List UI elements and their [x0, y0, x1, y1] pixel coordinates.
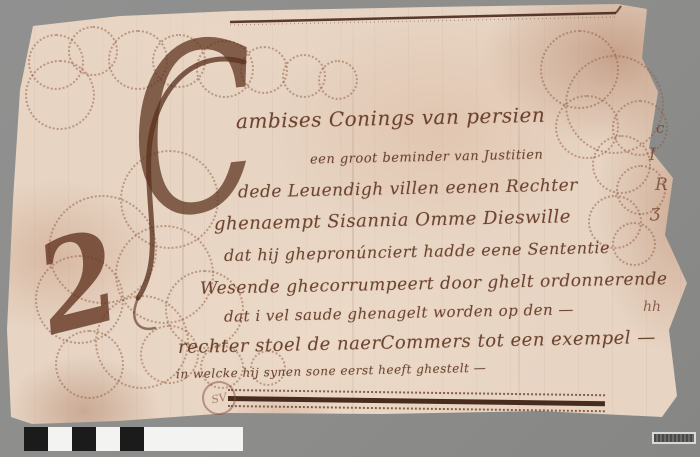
photo-backdrop: C 2 ambises Conings van persien een groo…	[0, 0, 700, 457]
paper-crease	[352, 0, 354, 417]
margin-letter: c	[656, 119, 664, 137]
margin-letter: I	[649, 145, 656, 165]
stamp-monogram: SV	[210, 390, 228, 406]
flourish-spiral	[612, 222, 656, 266]
calibration-patch-white	[96, 427, 120, 451]
calibration-scale-bar	[24, 427, 243, 451]
calibration-patch-black	[24, 427, 48, 451]
calibration-patch-black	[72, 427, 96, 451]
flourish-spiral	[318, 60, 358, 100]
calibration-patch-white	[48, 427, 72, 451]
margin-letter: ʒ	[650, 201, 660, 222]
margin-letters-hh: hh	[643, 299, 661, 315]
calibration-patch-black	[120, 427, 144, 451]
corner-label-sticker	[652, 432, 696, 444]
flourish-spiral	[25, 60, 95, 130]
calibration-bar-white	[144, 427, 243, 451]
margin-letter: R	[655, 175, 668, 195]
